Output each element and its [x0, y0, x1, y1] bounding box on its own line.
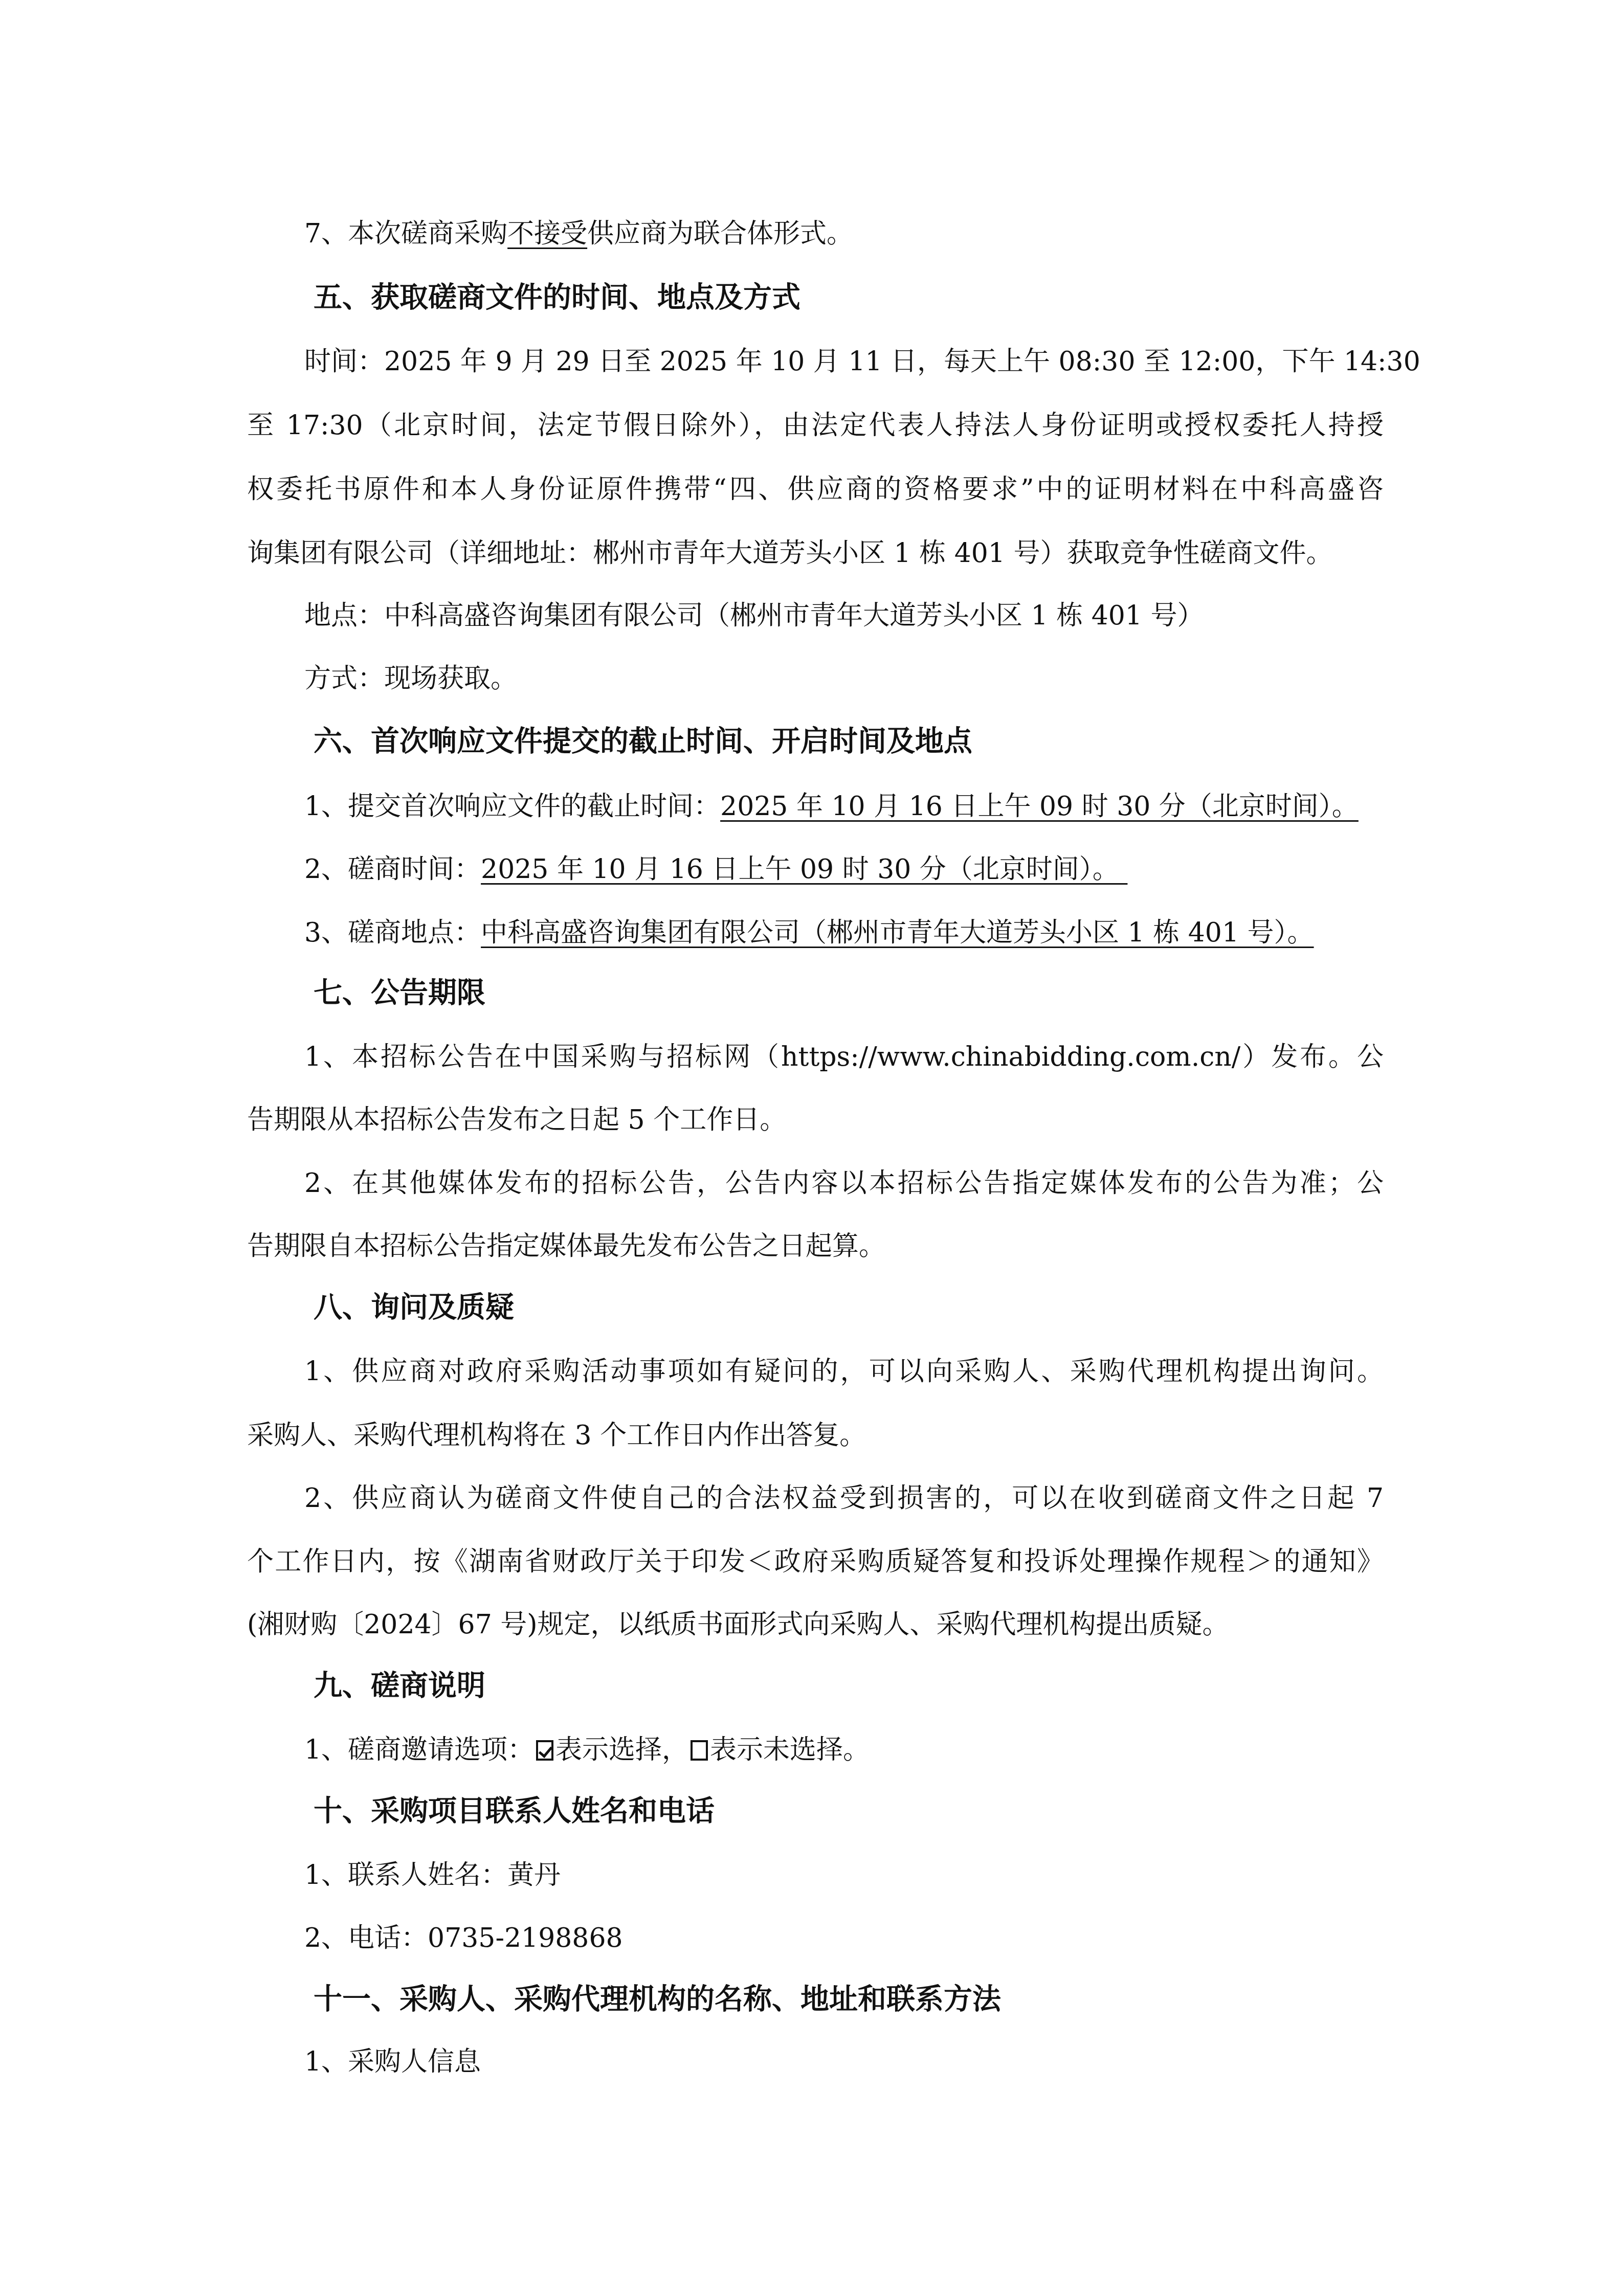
- section8-p2-line-3: (湘财购〔2024〕67 号)规定，以纸质书面形式向采购人、采购代理机构提出质疑…: [247, 1608, 1384, 1641]
- contact-name: 1、联系人姓名：黄丹: [247, 1859, 1384, 1892]
- section6-item-1: 1、提交首次响应文件的截止时间：2025 年 10 月 16 日上午 09 时 …: [247, 790, 1384, 823]
- negotiation-place-value: 中科高盛咨询集团有限公司（郴州市青年大道芳头小区 1 栋 401 号）。: [481, 917, 1314, 948]
- section5-time-line-2: 至 17:30（北京时间，法定节假日除外），由法定代表人持法人身份证明或授权委托…: [247, 409, 1384, 442]
- checked-label: 表示选择，: [555, 1735, 688, 1765]
- unchecked-label: 表示未选择。: [710, 1735, 870, 1765]
- section6-item-2: 2、磋商时间：2025 年 10 月 16 日上午 09 时 30 分（北京时间…: [247, 853, 1384, 886]
- section9-item-1: 1、磋商邀请选项：表示选择，表示未选择。: [247, 1734, 1384, 1766]
- section7-heading: 七、公告期限: [247, 977, 1384, 1009]
- section9-heading: 九、磋商说明: [247, 1670, 1384, 1702]
- contact-phone: 2、电话：0735-2198868: [247, 1922, 1384, 1954]
- deadline-value: 2025 年 10 月 16 日上午 09 时 30 分（北京时间）。: [720, 791, 1359, 822]
- deadline-label: 1、提交首次响应文件的截止时间：: [304, 791, 720, 822]
- section7-p1-line-2: 告期限从本招标公告发布之日起 5 个工作日。: [247, 1104, 1384, 1136]
- section6-heading: 六、首次响应文件提交的截止时间、开启时间及地点: [247, 725, 1384, 758]
- section5-time-line-3: 权委托书原件和本人身份证原件携带“四、供应商的资格要求”中的证明材料在中科高盛咨: [247, 473, 1384, 506]
- section8-p1-line-2: 采购人、采购代理机构将在 3 个工作日内作出答复。: [247, 1419, 1384, 1452]
- section7-p1-line-1: 1、本招标公告在中国采购与招标网（https://www.chinabiddin…: [247, 1041, 1384, 1073]
- negotiation-time-label: 2、磋商时间：: [304, 854, 481, 885]
- section8-p2-line-1: 2、供应商认为磋商文件使自己的合法权益受到损害的，可以在收到磋商文件之日起 7: [247, 1482, 1384, 1515]
- item7-paragraph: 7、本次磋商采购不接受供应商为联合体形式。: [247, 217, 1384, 250]
- section8-heading: 八、询问及质疑: [247, 1291, 1384, 1324]
- section10-heading: 十、采购项目联系人姓名和电话: [247, 1795, 1384, 1828]
- section8-p2-line-2: 个工作日内，按《湖南省财政厅关于印发＜政府采购质疑答复和投诉处理操作规程＞的通知…: [247, 1545, 1384, 1578]
- section5-time-line-4: 询集团有限公司（详细地址：郴州市青年大道芳头小区 1 栋 401 号）获取竞争性…: [247, 537, 1384, 570]
- option-label: 1、磋商邀请选项：: [304, 1735, 534, 1765]
- item7-suffix: 供应商为联合体形式。: [587, 218, 853, 249]
- negotiation-place-label: 3、磋商地点：: [304, 917, 481, 948]
- section5-heading: 五、获取磋商文件的时间、地点及方式: [247, 281, 1384, 314]
- section6-item-3: 3、磋商地点：中科高盛咨询集团有限公司（郴州市青年大道芳头小区 1 栋 401 …: [247, 916, 1384, 949]
- item7-underlined: 不接受: [507, 218, 587, 249]
- item7-text: 7、本次磋商采购: [304, 218, 507, 249]
- section5-method: 方式：现场获取。: [247, 662, 1384, 695]
- section11-heading: 十一、采购人、采购代理机构的名称、地址和联系方法: [247, 1983, 1384, 2016]
- section8-p1-line-1: 1、供应商对政府采购活动事项如有疑问的，可以向采购人、采购代理机构提出询问。: [247, 1355, 1384, 1388]
- section7-p2-line-2: 告期限自本招标公告指定媒体最先发布公告之日起算。: [247, 1230, 1384, 1263]
- purchaser-info: 1、采购人信息: [247, 2045, 1384, 2078]
- section5-time-line-1: 时间：2025 年 9 月 29 日至 2025 年 10 月 11 日，每天上…: [247, 345, 1384, 378]
- checked-box-icon: [536, 1740, 553, 1761]
- negotiation-time-value: 2025 年 10 月 16 日上午 09 时 30 分（北京时间）。: [481, 854, 1127, 885]
- section5-place: 地点：中科高盛咨询集团有限公司（郴州市青年大道芳头小区 1 栋 401 号）: [247, 599, 1384, 632]
- section7-p2-line-1: 2、在其他媒体发布的招标公告，公告内容以本招标公告指定媒体发布的公告为准；公: [247, 1167, 1384, 1200]
- unchecked-box-icon: [691, 1740, 708, 1761]
